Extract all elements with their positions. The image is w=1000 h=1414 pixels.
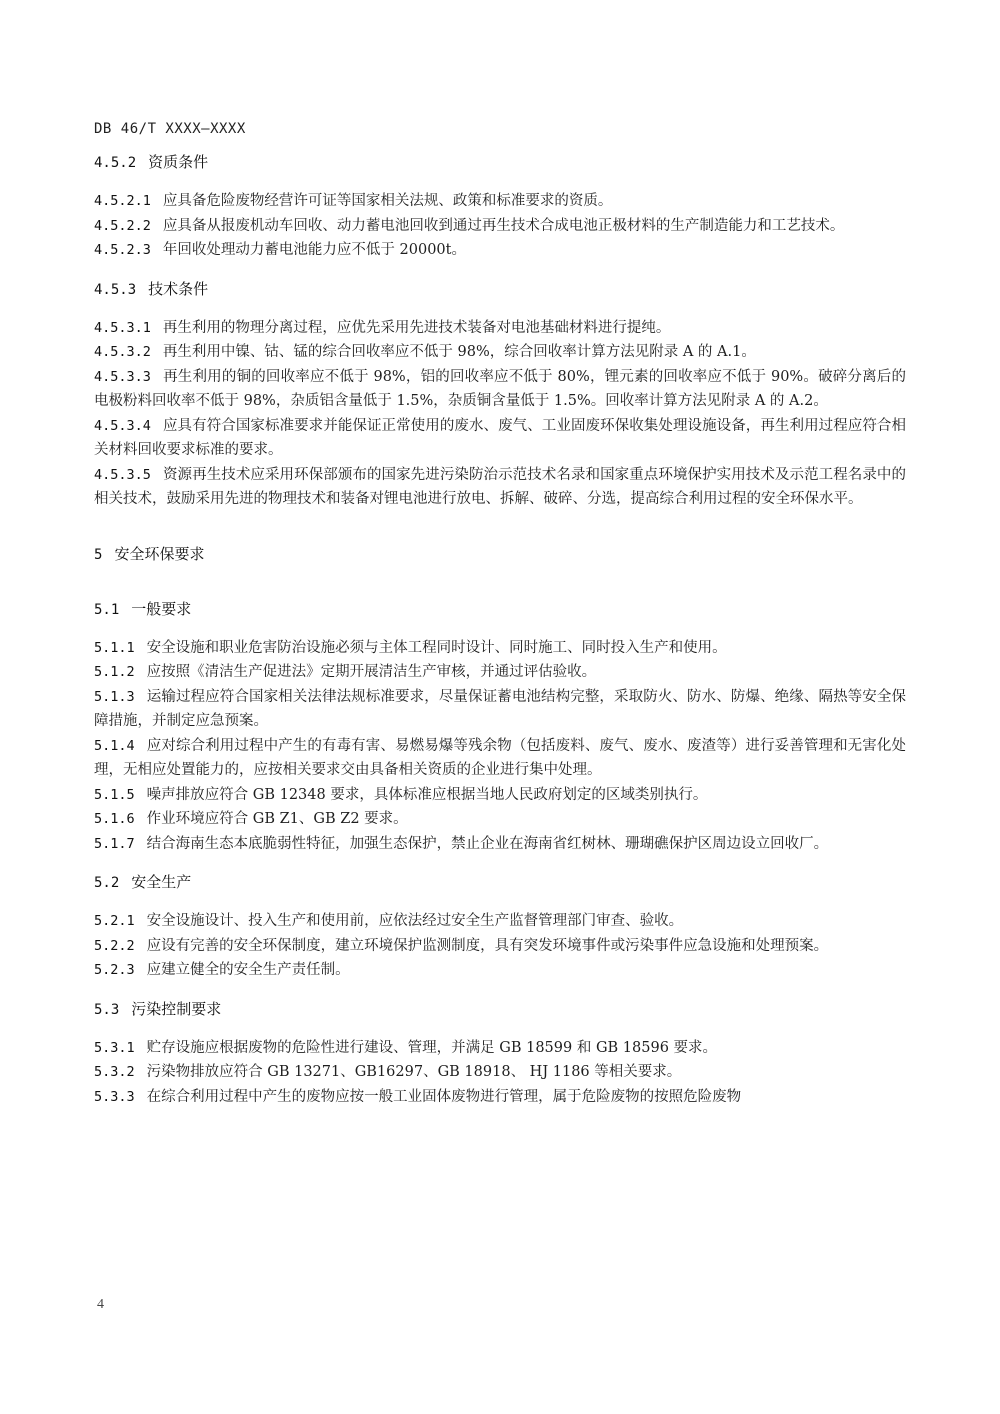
heading-5: 5安全环保要求 [94, 542, 906, 567]
clause-number: 4.5.3.3 [94, 369, 151, 385]
heading-title: 污染控制要求 [131, 1000, 221, 1018]
clause-5-3-3: 5.3.3在综合利用过程中产生的废物应按一般工业固体废物进行管理，属于危险废物的… [94, 1085, 906, 1110]
heading-5-3: 5.3污染控制要求 [94, 997, 906, 1022]
heading-title: 安全生产 [131, 873, 191, 891]
clause-text: 结合海南生态本底脆弱性特征，加强生态保护，禁止企业在海南省红树林、珊瑚礁保护区周… [147, 836, 829, 852]
clause-5-3-1: 5.3.1贮存设施应根据废物的危险性进行建设、管理，并满足 GB 18599 和… [94, 1036, 906, 1061]
page-number: 4 [97, 1297, 104, 1313]
heading-number: 5.3 [94, 1002, 119, 1018]
clause-text: 应设有完善的安全环保制度，建立环境保护监测制度，具有突发环境事件或污染事件应急设… [147, 938, 829, 954]
heading-number: 5.1 [94, 602, 119, 618]
heading-title: 技术条件 [148, 280, 208, 298]
heading-title: 资质条件 [148, 153, 208, 171]
clause-number: 5.3.2 [94, 1064, 135, 1080]
clause-number: 5.3.3 [94, 1089, 135, 1105]
clause-number: 5.1.1 [94, 640, 135, 656]
clause-text: 运输过程应符合国家相关法律法规标准要求，尽量保证蓄电池结构完整，采取防火、防水、… [94, 689, 906, 730]
clause-text: 噪声排放应符合 GB 12348 要求，具体标准应根据当地人民政府划定的区域类别… [147, 787, 708, 803]
clause-number: 4.5.3.4 [94, 418, 151, 434]
clause-text: 应具有符合国家标准要求并能保证正常使用的废水、废气、工业固废环保收集处理设施设备… [94, 418, 906, 459]
clause-text: 安全设施设计、投入生产和使用前，应依法经过安全生产监督管理部门审查、验收。 [147, 913, 684, 929]
clause-number: 5.1.3 [94, 689, 135, 705]
clause-text: 应对综合利用过程中产生的有毒有害、易燃易爆等残余物（包括废料、废气、废水、废渣等… [94, 738, 906, 779]
document-code-header: DB 46/T XXXX—XXXX [94, 121, 246, 137]
clause-text: 再生利用的铜的回收率应不低于 98%，铝的回收率应不低于 80%，锂元素的回收率… [94, 369, 906, 410]
clause-4-5-2-1: 4.5.2.1应具备危险废物经营许可证等国家相关法规、政策和标准要求的资质。 [94, 189, 906, 214]
clause-text: 贮存设施应根据废物的危险性进行建设、管理，并满足 GB 18599 和 GB 1… [147, 1040, 717, 1056]
clause-number: 5.2.3 [94, 962, 135, 978]
clause-number: 5.1.4 [94, 738, 135, 754]
heading-number: 4.5.3 [94, 282, 136, 298]
clause-4-5-2-2: 4.5.2.2应具备从报废机动车回收、动力蓄电池回收到通过再生技术合成电池正极材… [94, 214, 906, 239]
clause-text: 在综合利用过程中产生的废物应按一般工业固体废物进行管理，属于危险废物的按照危险废… [147, 1089, 742, 1105]
clause-text: 年回收处理动力蓄电池能力应不低于 20000t。 [163, 242, 466, 258]
clause-text: 应具备从报废机动车回收、动力蓄电池回收到通过再生技术合成电池正极材料的生产制造能… [163, 218, 845, 234]
clause-text: 资源再生技术应采用环保部颁布的国家先进污染防治示范技术名录和国家重点环境保护实用… [94, 467, 906, 508]
heading-number: 5 [94, 547, 102, 563]
clause-text: 应按照《清洁生产促进法》定期开展清洁生产审核，并通过评估验收。 [147, 664, 597, 680]
clause-number: 5.2.2 [94, 938, 135, 954]
clause-number: 5.1.5 [94, 787, 135, 803]
clause-5-1-3: 5.1.3运输过程应符合国家相关法律法规标准要求，尽量保证蓄电池结构完整，采取防… [94, 685, 906, 734]
document-body: 4.5.2资质条件 4.5.2.1应具备危险废物经营许可证等国家相关法规、政策和… [94, 150, 906, 1109]
clause-number: 5.1.7 [94, 836, 135, 852]
heading-4-5-2: 4.5.2资质条件 [94, 150, 906, 175]
clause-5-1-4: 5.1.4应对综合利用过程中产生的有毒有害、易燃易爆等残余物（包括废料、废气、废… [94, 734, 906, 783]
clause-5-2-3: 5.2.3应建立健全的安全生产责任制。 [94, 958, 906, 983]
clause-number: 4.5.3.1 [94, 320, 151, 336]
heading-5-2: 5.2安全生产 [94, 870, 906, 895]
clause-5-1-7: 5.1.7结合海南生态本底脆弱性特征，加强生态保护，禁止企业在海南省红树林、珊瑚… [94, 832, 906, 857]
clause-text: 污染物排放应符合 GB 13271、GB16297、GB 18918、 HJ 1… [147, 1064, 682, 1080]
clause-number: 5.3.1 [94, 1040, 135, 1056]
heading-4-5-3: 4.5.3技术条件 [94, 277, 906, 302]
heading-title: 安全环保要求 [114, 545, 204, 563]
clause-number: 4.5.3.2 [94, 344, 151, 360]
heading-number: 4.5.2 [94, 155, 136, 171]
clause-4-5-3-5: 4.5.3.5资源再生技术应采用环保部颁布的国家先进污染防治示范技术名录和国家重… [94, 463, 906, 512]
clause-5-1-2: 5.1.2应按照《清洁生产促进法》定期开展清洁生产审核，并通过评估验收。 [94, 660, 906, 685]
clause-number: 5.1.2 [94, 664, 135, 680]
clause-5-1-5: 5.1.5噪声排放应符合 GB 12348 要求，具体标准应根据当地人民政府划定… [94, 783, 906, 808]
heading-title: 一般要求 [131, 600, 191, 618]
clause-number: 5.2.1 [94, 913, 135, 929]
heading-5-1: 5.1一般要求 [94, 597, 906, 622]
clause-text: 安全设施和职业危害防治设施必须与主体工程同时设计、同时施工、同时投入生产和使用。 [147, 640, 727, 656]
clause-4-5-3-4: 4.5.3.4应具有符合国家标准要求并能保证正常使用的废水、废气、工业固废环保收… [94, 414, 906, 463]
clause-5-2-1: 5.2.1安全设施设计、投入生产和使用前，应依法经过安全生产监督管理部门审查、验… [94, 909, 906, 934]
clause-5-3-2: 5.3.2污染物排放应符合 GB 13271、GB16297、GB 18918、… [94, 1060, 906, 1085]
clause-4-5-3-1: 4.5.3.1再生利用的物理分离过程，应优先采用先进技术装备对电池基础材料进行提… [94, 316, 906, 341]
heading-number: 5.2 [94, 875, 119, 891]
clause-text: 再生利用中镍、钴、锰的综合回收率应不低于 98%，综合回收率计算方法见附录 A … [163, 344, 756, 360]
clause-5-1-6: 5.1.6作业环境应符合 GB Z1、GB Z2 要求。 [94, 807, 906, 832]
clause-5-2-2: 5.2.2应设有完善的安全环保制度，建立环境保护监测制度，具有突发环境事件或污染… [94, 934, 906, 959]
clause-5-1-1: 5.1.1安全设施和职业危害防治设施必须与主体工程同时设计、同时施工、同时投入生… [94, 636, 906, 661]
clause-text: 作业环境应符合 GB Z1、GB Z2 要求。 [147, 811, 408, 827]
clause-number: 5.1.6 [94, 811, 135, 827]
clause-number: 4.5.2.2 [94, 218, 151, 234]
clause-4-5-3-3: 4.5.3.3再生利用的铜的回收率应不低于 98%，铝的回收率应不低于 80%，… [94, 365, 906, 414]
clause-number: 4.5.2.1 [94, 193, 151, 209]
clause-number: 4.5.3.5 [94, 467, 151, 483]
clause-text: 再生利用的物理分离过程，应优先采用先进技术装备对电池基础材料进行提纯。 [163, 320, 671, 336]
clause-text: 应建立健全的安全生产责任制。 [147, 962, 350, 978]
document-page: DB 46/T XXXX—XXXX 4.5.2资质条件 4.5.2.1应具备危险… [0, 0, 1000, 1414]
clause-4-5-3-2: 4.5.3.2再生利用中镍、钴、锰的综合回收率应不低于 98%，综合回收率计算方… [94, 340, 906, 365]
clause-text: 应具备危险废物经营许可证等国家相关法规、政策和标准要求的资质。 [163, 193, 613, 209]
clause-4-5-2-3: 4.5.2.3年回收处理动力蓄电池能力应不低于 20000t。 [94, 238, 906, 263]
clause-number: 4.5.2.3 [94, 242, 151, 258]
